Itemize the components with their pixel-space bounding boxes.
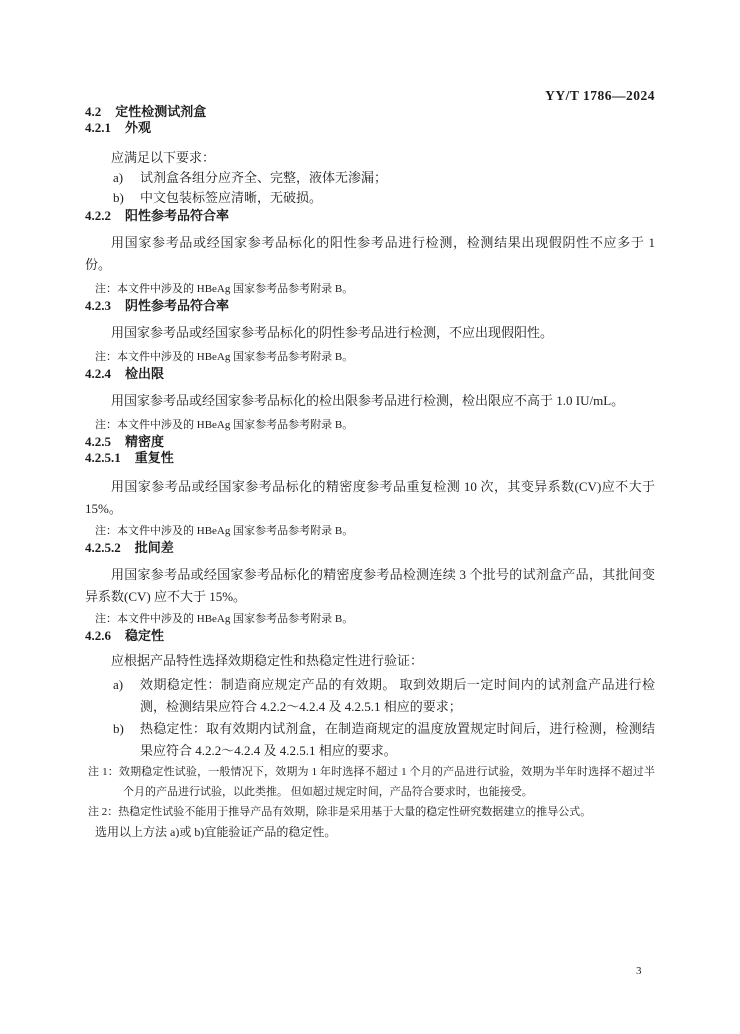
section-heading-4-2-5: 4.2.5精密度 <box>85 434 655 450</box>
list-label: a) <box>113 674 123 696</box>
section-heading-4-2-1: 4.2.1外观 <box>85 120 655 136</box>
list-text: 中文包装标签应清晰，无破损。 <box>140 190 322 205</box>
paragraph-4-2-1-intro: 应满足以下要求： <box>85 148 655 168</box>
section-title: 外观 <box>125 120 151 135</box>
section-title: 检出限 <box>125 366 164 381</box>
note-2-4-2-6: 注 2：热稳定性试验不能用于推导产品有效期，除非是采用基于大量的稳定性研究数据建… <box>85 802 655 822</box>
section-number: 4.2.5 <box>85 434 111 449</box>
list-text: 试剂盒各组分应齐全、完整，液体无渗漏； <box>140 170 387 185</box>
list-label: b) <box>113 188 124 208</box>
paragraph-4-2-6-closing: 选用以上方法 a)或 b)宜能验证产品的稳定性。 <box>95 822 655 842</box>
note-4-2-3: 注：本文件中涉及的 HBeAg 国家参考品参考附录 B。 <box>95 348 655 366</box>
section-heading-4-2-5-1: 4.2.5.1重复性 <box>85 450 655 466</box>
document-page: YY/T 1786—2024 4.2定性检测试剂盒 4.2.1外观 应满足以下要… <box>0 0 740 1034</box>
section-heading-4-2-6: 4.2.6稳定性 <box>85 628 655 644</box>
list-text: 热稳定性：取有效期内试剂盒，在制造商规定的温度放置规定时间后，进行检测，检测结果… <box>140 721 655 758</box>
list-item-b: b)热稳定性：取有效期内试剂盒，在制造商规定的温度放置规定时间后，进行检测，检测… <box>85 718 655 762</box>
section-number: 4.2.5.1 <box>85 450 121 465</box>
section-number: 4.2.4 <box>85 366 111 381</box>
section-number: 4.2.5.2 <box>85 540 121 555</box>
paragraph-4-2-4: 用国家参考品或经国家参考品标化的检出限参考品进行检测，检出限应不高于 1.0 I… <box>85 390 655 412</box>
note-1-4-2-6: 注 1：效期稳定性试验，一般情况下，效期为 1 年时选择不超过 1 个月的产品进… <box>85 762 655 802</box>
paragraph-4-2-5-1: 用国家参考品或经国家参考品标化的精密度参考品重复检测 10 次，其变异系数(CV… <box>85 476 655 520</box>
section-title: 精密度 <box>125 434 164 449</box>
note-4-2-5-2: 注：本文件中涉及的 HBeAg 国家参考品参考附录 B。 <box>95 610 655 628</box>
list-item-a: a)效期稳定性：制造商应规定产品的有效期。 取到效期后一定时间内的试剂盒产品进行… <box>85 674 655 718</box>
paragraph-4-2-5-2: 用国家参考品或经国家参考品标化的精密度参考品检测连续 3 个批号的试剂盒产品，其… <box>85 564 655 608</box>
paragraph-4-2-3: 用国家参考品或经国家参考品标化的阴性参考品进行检测，不应出现假阳性。 <box>85 322 655 344</box>
section-number: 4.2.3 <box>85 298 111 313</box>
list-item-b: b)中文包装标签应清晰，无破损。 <box>85 188 655 208</box>
section-title: 稳定性 <box>125 628 164 643</box>
note-4-2-4: 注：本文件中涉及的 HBeAg 国家参考品参考附录 B。 <box>95 416 655 434</box>
section-title: 批间差 <box>135 540 174 555</box>
section-title: 重复性 <box>135 450 174 465</box>
list-text: 效期稳定性：制造商应规定产品的有效期。 取到效期后一定时间内的试剂盒产品进行检测… <box>140 677 655 714</box>
note-4-2-5-1: 注：本文件中涉及的 HBeAg 国家参考品参考附录 B。 <box>95 522 655 540</box>
paragraph-4-2-6-intro: 应根据产品特性选择效期稳定性和热稳定性进行验证： <box>85 650 655 672</box>
list-label: b) <box>113 718 124 740</box>
note-4-2-2: 注：本文件中涉及的 HBeAg 国家参考品参考附录 B。 <box>95 280 655 298</box>
list-label: a) <box>113 168 123 188</box>
doc-code: YY/T 1786—2024 <box>85 88 655 104</box>
section-heading-4-2-3: 4.2.3阴性参考品符合率 <box>85 298 655 314</box>
section-heading-4-2-4: 4.2.4检出限 <box>85 366 655 382</box>
section-number: 4.2.6 <box>85 628 111 643</box>
section-number: 4.2.2 <box>85 208 111 223</box>
page-number: 3 <box>636 964 642 978</box>
section-number: 4.2 <box>85 104 101 119</box>
section-heading-4-2-5-2: 4.2.5.2批间差 <box>85 540 655 556</box>
section-heading-4-2: 4.2定性检测试剂盒 <box>85 104 655 120</box>
section-number: 4.2.1 <box>85 120 111 135</box>
section-title: 阳性参考品符合率 <box>125 208 229 223</box>
list-item-a: a)试剂盒各组分应齐全、完整，液体无渗漏； <box>85 168 655 188</box>
section-heading-4-2-2: 4.2.2阳性参考品符合率 <box>85 208 655 224</box>
paragraph-4-2-2: 用国家参考品或经国家参考品标化的阳性参考品进行检测，检测结果出现假阴性不应多于 … <box>85 232 655 276</box>
section-title: 阴性参考品符合率 <box>125 298 229 313</box>
section-title: 定性检测试剂盒 <box>115 104 206 119</box>
